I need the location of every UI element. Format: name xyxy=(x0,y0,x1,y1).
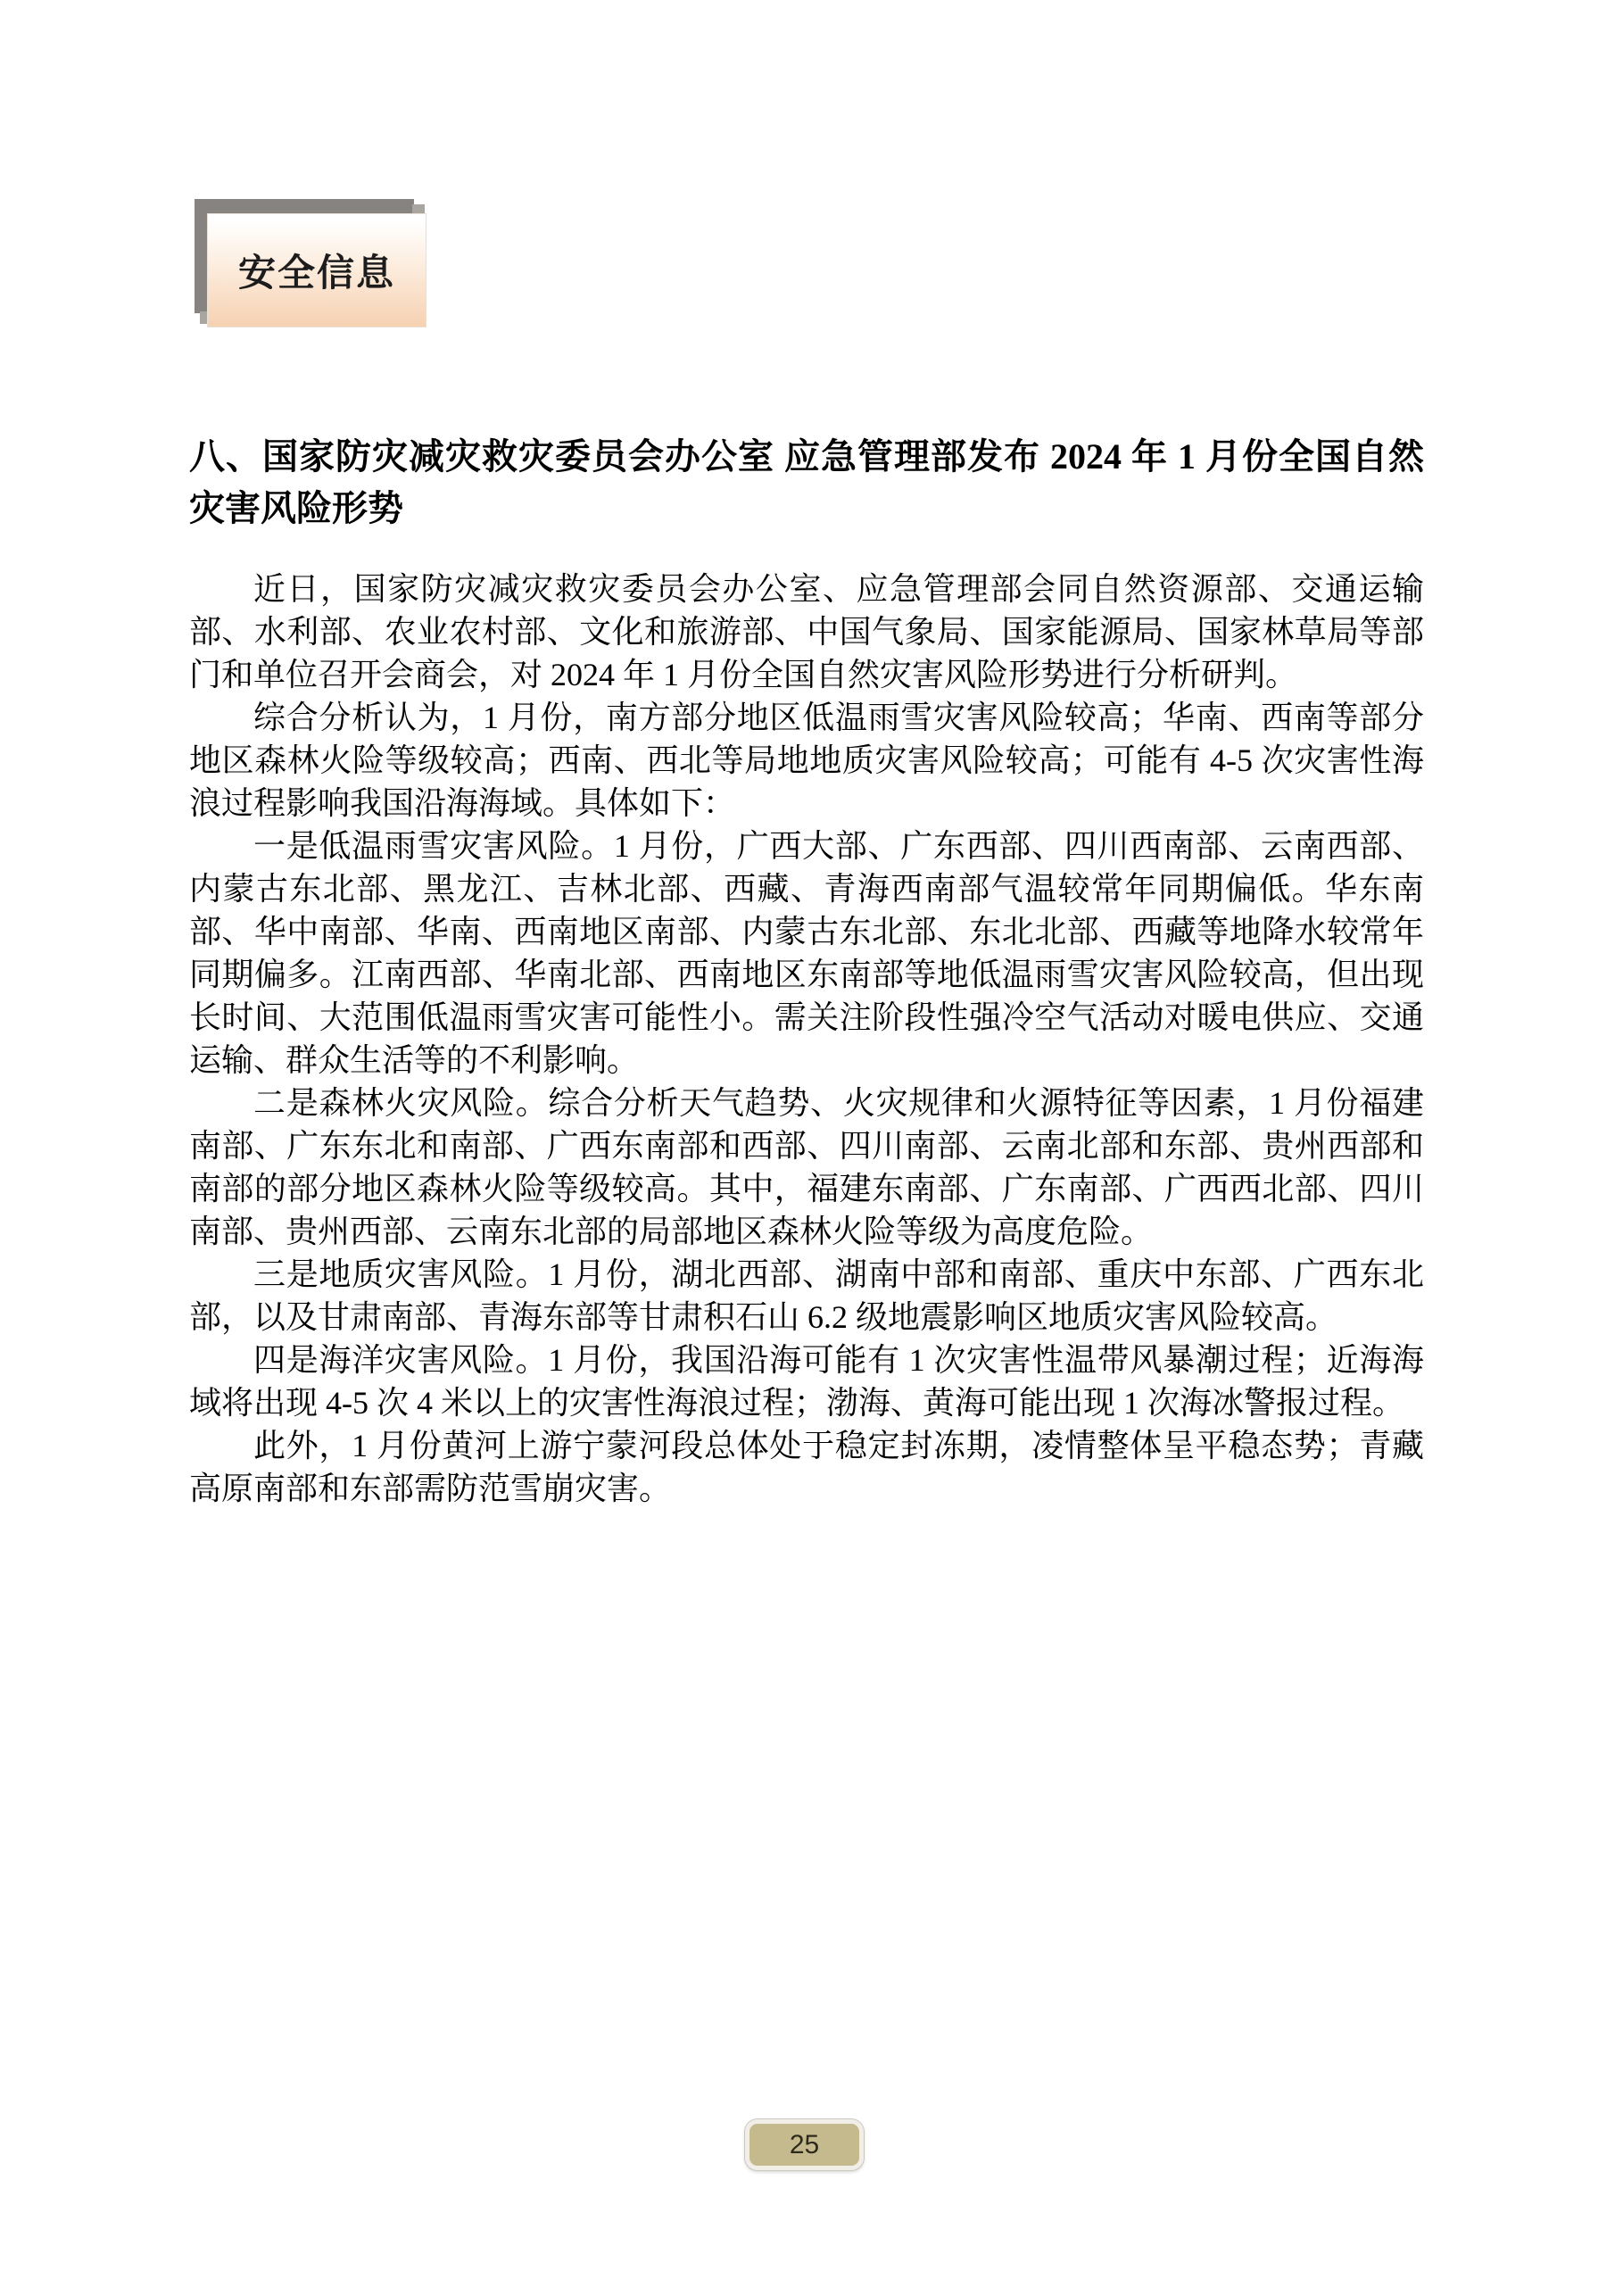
paragraph-risk-snow: 一是低温雨雪灾害风险。1 月份，广西大部、广东西部、四川西南部、云南西部、内蒙古… xyxy=(189,825,1424,1082)
badge-label: 安全信息 xyxy=(238,244,395,297)
paragraph-risk-marine: 四是海洋灾害风险。1 月份，我国沿海可能有 1 次灾害性温带风暴潮过程；近海海域… xyxy=(189,1339,1424,1424)
safety-info-badge: 安全信息 xyxy=(195,199,440,342)
paragraph-overview: 综合分析认为，1 月份，南方部分地区低温雨雪灾害风险较高；华南、西南等部分地区森… xyxy=(189,696,1424,825)
article-heading: 八、国家防灾减灾救灾委员会办公室 应急管理部发布 2024 年 1 月份全国自然… xyxy=(189,431,1424,535)
document-page: 安全信息 八、国家防灾减灾救灾委员会办公室 应急管理部发布 2024 年 1 月… xyxy=(0,0,1623,2296)
paragraph-risk-forest-fire: 二是森林火灾风险。综合分析天气趋势、火灾规律和火源特征等因素，1 月份福建南部、… xyxy=(189,1082,1424,1253)
page-number-badge: 25 xyxy=(745,2119,864,2170)
paragraph-risk-geological: 三是地质灾害风险。1 月份，湖北西部、湖南中部和南部、重庆中东部、广西东北部，以… xyxy=(189,1253,1424,1339)
page-number: 25 xyxy=(790,2130,819,2160)
badge-box: 安全信息 xyxy=(207,213,426,327)
article-body: 近日，国家防灾减灾救灾委员会办公室、应急管理部会同自然资源部、交通运输部、水利部… xyxy=(189,568,1424,1510)
paragraph-intro: 近日，国家防灾减灾救灾委员会办公室、应急管理部会同自然资源部、交通运输部、水利部… xyxy=(189,568,1424,696)
paragraph-additional: 此外，1 月份黄河上游宁蒙河段总体处于稳定封冻期，凌情整体呈平稳态势；青藏高原南… xyxy=(189,1424,1424,1510)
